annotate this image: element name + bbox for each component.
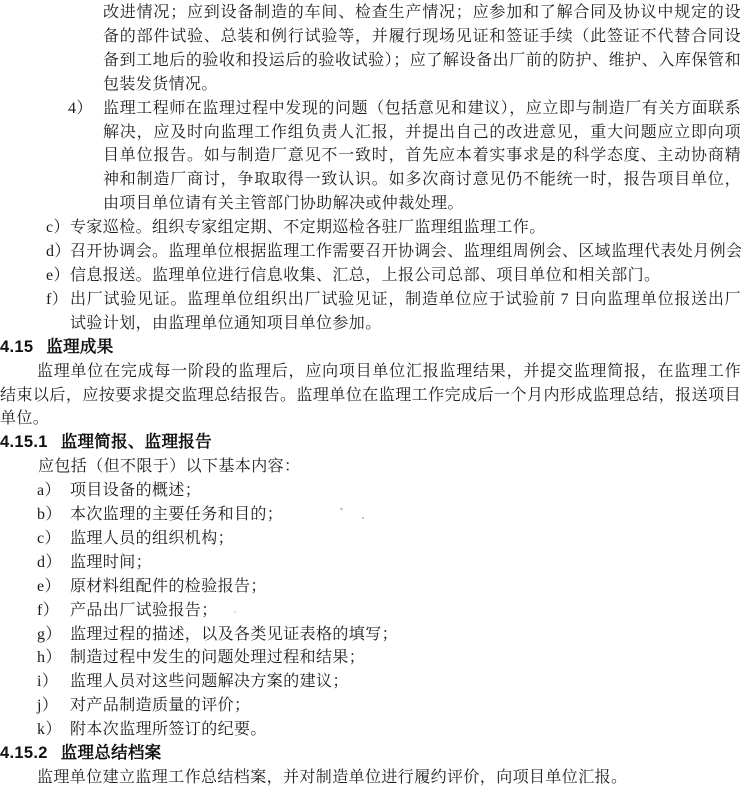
list-item-i-text: 监理人员对这些问题解决方案的建议；	[70, 670, 741, 694]
list-item-f-text: 出厂试验见证。监理单位组织出厂试验见证，制造单位应于试验前 7 日向监理单位报送…	[70, 288, 741, 336]
list-marker-e: e）	[46, 264, 70, 288]
list-item-e: e） 信息报送。监理单位进行信息收集、汇总，上报公司总部、项目单位和相关部门。	[46, 264, 741, 288]
list-item-b: b） 本次监理的主要任务和目的；	[37, 503, 741, 527]
list-marker-f: f）	[46, 288, 70, 312]
list-item-c2-text: 监理人员的组织机构；	[70, 527, 741, 551]
list-item-c: c） 专家巡检。组织专家组定期、不定期巡检各驻厂监理组监理工作。	[46, 216, 741, 240]
list-marker-e2: e）	[37, 575, 70, 599]
list-marker-j: j）	[37, 694, 70, 718]
list-item-i: i） 监理人员对这些问题解决方案的建议；	[37, 670, 741, 694]
paragraph-item3-continuation: 改进情况；应到设备制造的车间、检查生产情况；应参加和了解合同及协议中规定的设备的…	[103, 1, 741, 97]
list-marker-b: b）	[37, 503, 70, 527]
list-item-4-text: 监理工程师在监理过程中发现的问题（包括意见和建议），应立即与制造厂有关方面联系解…	[103, 97, 741, 217]
list-item-d: d） 召开协调会。监理单位根据监理工作需要召开协调会、监理组周例会、区域监理代表…	[46, 240, 741, 264]
list-item-j: j） 对产品制造质量的评价；	[37, 694, 741, 718]
paragraph-summary-archive: 监理单位建立监理工作总结档案，并对制造单位进行履约评价，向项目单位汇报。	[0, 766, 741, 790]
section-heading-4-15-1: 4.15.1监理简报、监理报告	[0, 431, 741, 455]
list-marker-c2: c）	[37, 527, 70, 551]
list-item-e-text: 信息报送。监理单位进行信息收集、汇总，上报公司总部、项目单位和相关部门。	[70, 264, 741, 288]
list-item-d2-text: 监理时间；	[70, 551, 741, 575]
paragraph-report-intro: 应包括（但不限于）以下基本内容：	[0, 455, 741, 479]
list-marker-4: 4）	[68, 97, 103, 121]
list-item-k: k） 附本次监理所签订的纪要。	[37, 718, 741, 742]
section-heading-4-15-2: 4.15.2监理总结档案	[0, 742, 741, 766]
list-marker-k: k）	[37, 718, 70, 742]
list-item-h-text: 制造过程中发生的问题处理过程和结果；	[70, 646, 741, 670]
list-item-e2-text: 原材料组配件的检验报告；	[70, 575, 741, 599]
list-item-f2: f） 产品出厂试验报告；	[37, 599, 741, 623]
list-item-d-text: 召开协调会。监理单位根据监理工作需要召开协调会、监理组周例会、区域监理代表处月例…	[70, 240, 741, 264]
list-item-c-text: 专家巡检。组织专家组定期、不定期巡检各驻厂监理组监理工作。	[70, 216, 741, 240]
list-marker-d2: d）	[37, 551, 70, 575]
list-item-h: h） 制造过程中发生的问题处理过程和结果；	[37, 646, 741, 670]
scan-speck	[234, 611, 236, 613]
list-marker-a: a）	[37, 479, 70, 503]
list-marker-h: h）	[37, 646, 70, 670]
section-number: 4.15.2	[0, 744, 48, 762]
list-item-c2: c） 监理人员的组织机构；	[37, 527, 741, 551]
list-item-g-text: 监理过程的描述，以及各类见证表格的填写；	[70, 623, 741, 647]
scan-speck	[362, 517, 364, 519]
list-marker-f2: f）	[37, 599, 70, 623]
section-number: 4.15.1	[0, 433, 48, 451]
list-item-e2: e） 原材料组配件的检验报告；	[37, 575, 741, 599]
list-item-g: g） 监理过程的描述，以及各类见证表格的填写；	[37, 623, 741, 647]
list-item-k-text: 附本次监理所签订的纪要。	[70, 718, 741, 742]
list-item-a-text: 项目设备的概述；	[70, 479, 741, 503]
document-page: 改进情况；应到设备制造的车间、检查生产情况；应参加和了解合同及协议中规定的设备的…	[0, 0, 741, 790]
list-item-d2: d） 监理时间；	[37, 551, 741, 575]
list-marker-d: d）	[46, 240, 70, 264]
paragraph-supervision-results: 监理单位在完成每一阶段的监理后，应向项目单位汇报监理结果，并提交监理简报，在监理…	[0, 360, 741, 432]
list-marker-c: c）	[46, 216, 70, 240]
list-item-4: 4） 监理工程师在监理过程中发现的问题（包括意见和建议），应立即与制造厂有关方面…	[68, 97, 741, 217]
list-item-b-text: 本次监理的主要任务和目的；	[70, 503, 741, 527]
section-title: 监理成果	[46, 338, 113, 356]
list-item-a: a） 项目设备的概述；	[37, 479, 741, 503]
list-item-f2-text: 产品出厂试验报告；	[70, 599, 741, 623]
section-number: 4.15	[0, 338, 33, 356]
list-marker-g: g）	[37, 623, 70, 647]
list-item-j-text: 对产品制造质量的评价；	[70, 694, 741, 718]
section-title: 监理简报、监理报告	[61, 433, 212, 451]
section-title: 监理总结档案	[61, 744, 162, 762]
list-marker-i: i）	[37, 670, 70, 694]
list-item-f: f） 出厂试验见证。监理单位组织出厂试验见证，制造单位应于试验前 7 日向监理单…	[46, 288, 741, 336]
section-heading-4-15: 4.15监理成果	[0, 336, 741, 360]
